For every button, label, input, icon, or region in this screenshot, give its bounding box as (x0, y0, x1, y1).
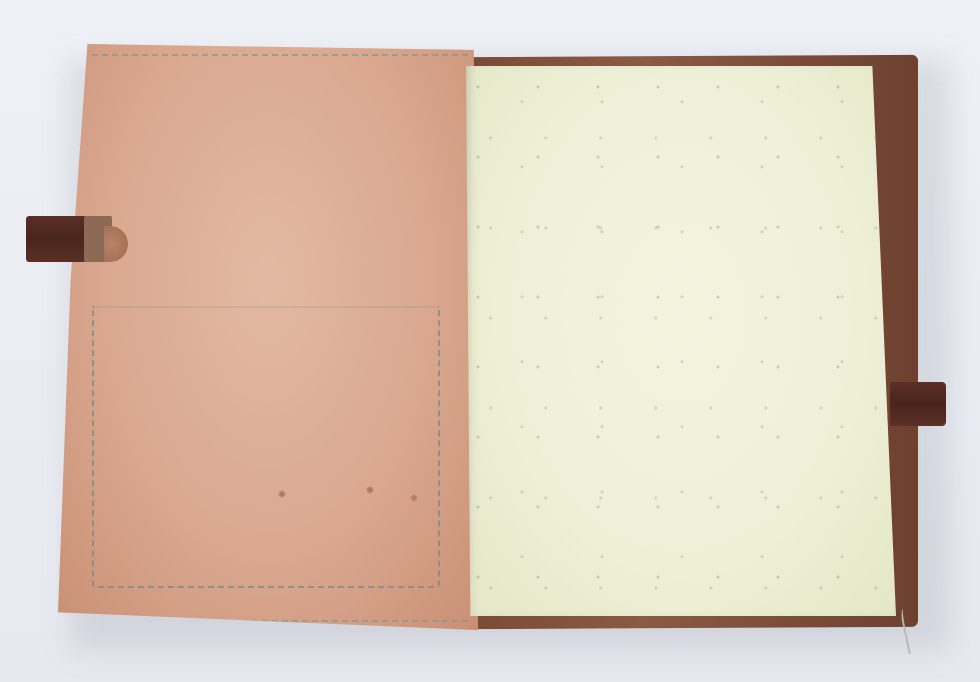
leather-stains (238, 474, 458, 514)
stitched-pocket (92, 306, 440, 588)
journal-photo (0, 0, 980, 682)
right-strap (890, 382, 946, 426)
paper-fibers (466, 66, 896, 616)
left-inner-cover (58, 44, 478, 636)
right-paper-page (466, 66, 896, 616)
